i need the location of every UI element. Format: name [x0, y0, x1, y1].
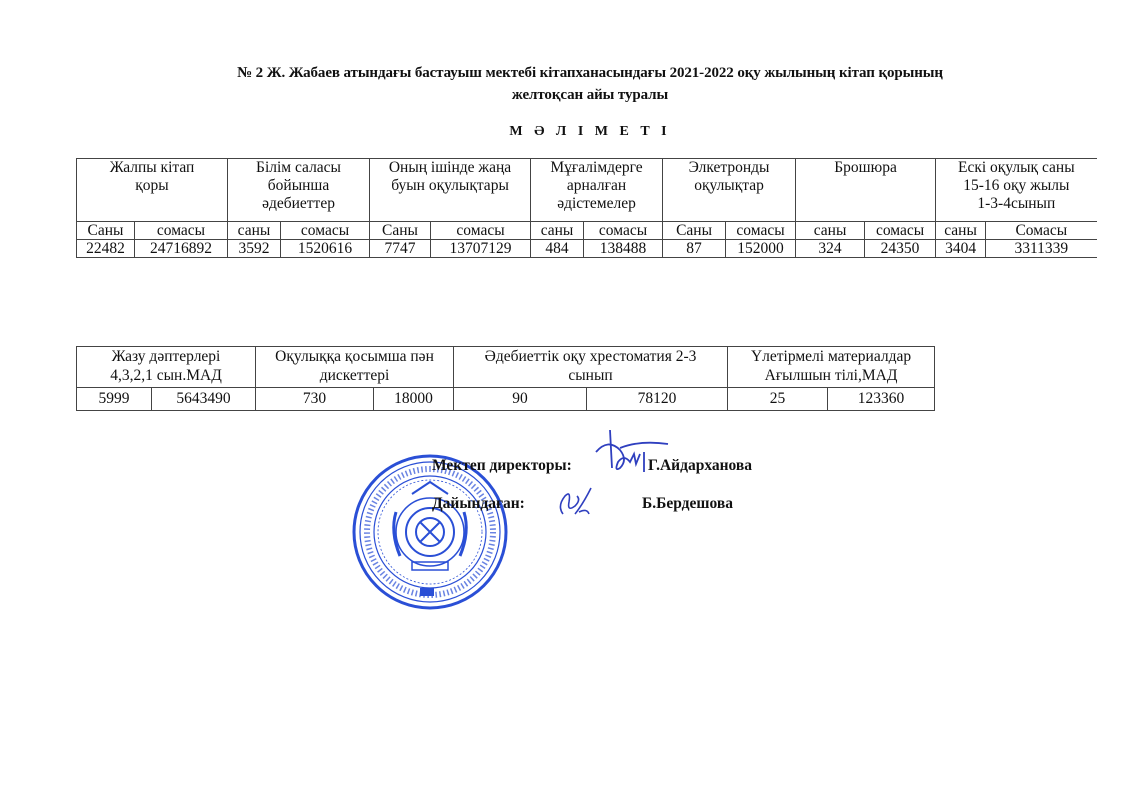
value-cell: 13707129	[431, 240, 531, 258]
value-cell: 3592	[228, 240, 281, 258]
table-row: 22482 24716892 3592 1520616 7747 1370712…	[77, 240, 1097, 258]
group-header-cell: Жалпы кітапқоры	[77, 159, 228, 222]
value-cell: 152000	[726, 240, 796, 258]
value-cell: 5999	[77, 388, 152, 411]
subheader-cell: сомасы	[135, 222, 228, 240]
value-cell: 138488	[584, 240, 663, 258]
value-cell: 1520616	[281, 240, 370, 258]
subheader-cell: сомасы	[584, 222, 663, 240]
group-header-cell: Білім саласыбойыншаәдебиеттер	[228, 159, 370, 222]
value-cell: 24350	[865, 240, 936, 258]
prepared-by-name: Б.Бердешова	[642, 495, 733, 513]
value-cell: 25	[728, 388, 828, 411]
value-cell: 18000	[374, 388, 454, 411]
value-cell: 3311339	[986, 240, 1097, 258]
subheader-cell: Саны	[370, 222, 431, 240]
group-header-cell: Ескі оқулық саны15-16 оқу жылы1-3-4сынып	[936, 159, 1097, 222]
preparer-signature-icon	[555, 484, 595, 520]
subheader-cell: саны	[228, 222, 281, 240]
value-cell: 24716892	[135, 240, 228, 258]
value-cell: 7747	[370, 240, 431, 258]
value-cell: 484	[531, 240, 584, 258]
group-header-cell: Жазу дәптерлері4,3,2,1 сын.МАД	[77, 347, 256, 388]
director-name: Г.Айдарханова	[648, 457, 752, 475]
table-row: 5999 5643490 730 18000 90 78120 25 12336…	[77, 388, 935, 411]
subheader-cell: саны	[936, 222, 986, 240]
subheader-cell: саны	[796, 222, 865, 240]
group-header-cell: Үлетірмелі материалдарАғылшын тілі,МАД	[728, 347, 935, 388]
value-cell: 123360	[828, 388, 935, 411]
subheader-cell: сомасы	[726, 222, 796, 240]
title-line-2: желтоқсан айы туралы	[100, 84, 1080, 106]
group-header-cell: Мұғалімдергеарналғанәдістемелер	[531, 159, 663, 222]
value-cell: 730	[256, 388, 374, 411]
value-cell: 3404	[936, 240, 986, 258]
value-cell: 78120	[587, 388, 728, 411]
group-header-cell: Брошюра	[796, 159, 936, 222]
group-header-cell: Оның ішінде жаңабуын оқулықтары	[370, 159, 531, 222]
library-fund-table: Жалпы кітапқоры Білім саласыбойыншаәдеби…	[76, 158, 1097, 258]
director-label: Мектеп директоры:	[432, 457, 572, 475]
group-header-cell: Оқулыққа қосымша пәндискеттері	[256, 347, 454, 388]
subheader-cell: Сомасы	[986, 222, 1097, 240]
additional-materials-table: Жазу дәптерлері4,3,2,1 сын.МАД Оқулыққа …	[76, 346, 935, 411]
table1-group-header-row: Жалпы кітапқоры Білім саласыбойыншаәдеби…	[77, 159, 1097, 222]
prepared-by-label: Дайындаған:	[432, 495, 525, 513]
subheader-cell: Саны	[77, 222, 135, 240]
value-cell: 90	[454, 388, 587, 411]
subheader-cell: Саны	[663, 222, 726, 240]
title-line-1: № 2 Ж. Жабаев атындағы бастауыш мектебі …	[100, 62, 1080, 84]
value-cell: 324	[796, 240, 865, 258]
group-header-cell: Элкетрондыоқулықтар	[663, 159, 796, 222]
value-cell: 22482	[77, 240, 135, 258]
subheader-cell: сомасы	[281, 222, 370, 240]
document-subtitle: М Ә Л І М Е Т І	[100, 124, 1080, 140]
group-header-cell: Әдебиеттік оқу хрестоматия 2-3сынып	[454, 347, 728, 388]
subheader-cell: сомасы	[865, 222, 936, 240]
official-seal-icon	[350, 452, 510, 612]
value-cell: 87	[663, 240, 726, 258]
value-cell: 5643490	[152, 388, 256, 411]
subheader-cell: сомасы	[431, 222, 531, 240]
subheader-cell: саны	[531, 222, 584, 240]
table2-group-header-row: Жазу дәптерлері4,3,2,1 сын.МАД Оқулыққа …	[77, 347, 935, 388]
table1-subheader-row: Саны сомасы саны сомасы Саны сомасы саны…	[77, 222, 1097, 240]
document-title: № 2 Ж. Жабаев атындағы бастауыш мектебі …	[100, 62, 1080, 106]
